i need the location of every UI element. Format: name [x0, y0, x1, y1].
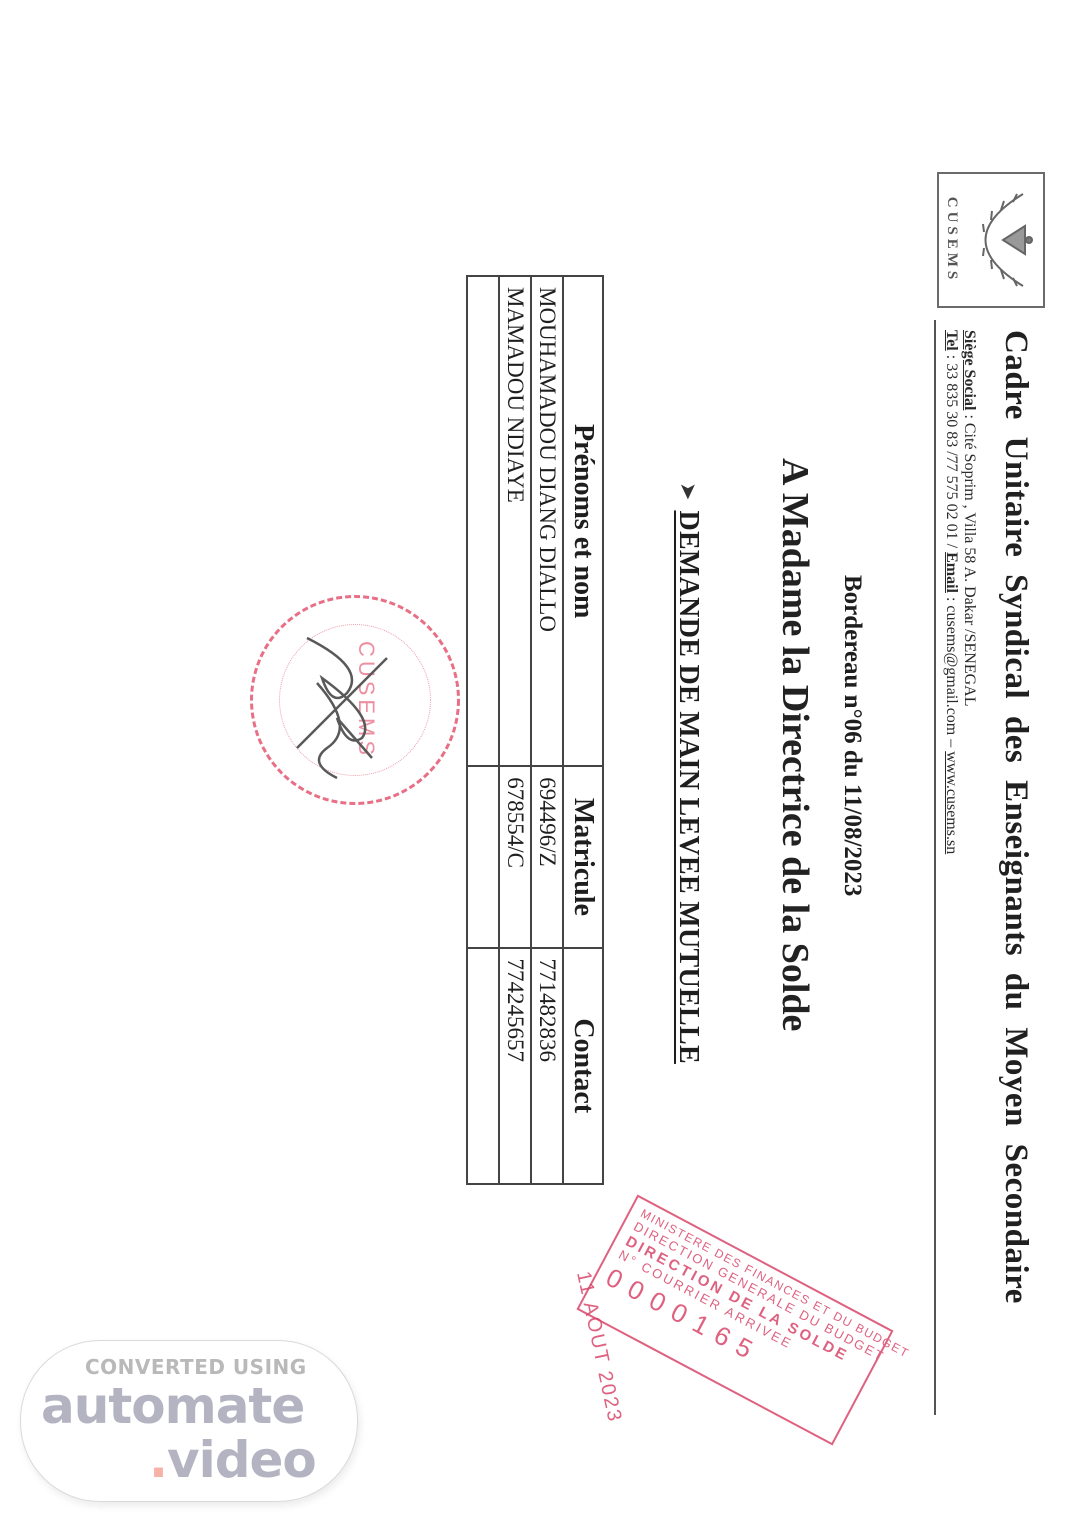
header-contact: Contact	[563, 948, 603, 1184]
arrowhead-bullet-icon: ➤	[675, 482, 701, 500]
converter-watermark: CONVERTED USING automate .video	[20, 1340, 358, 1502]
website-link[interactable]: www.cusems.sn	[943, 751, 960, 854]
cusems-logo: CUSEMS	[937, 172, 1045, 308]
table-row: MOUHAMADOU DIANG DIALLO 694496/Z 7714828…	[531, 276, 563, 1184]
address-label: Siège Social	[961, 330, 978, 410]
tel-label: Tel	[943, 330, 960, 351]
watermark-dot: .	[149, 1431, 167, 1489]
members-table: Prénoms et nom Matricule Contact MOUHAMA…	[466, 275, 604, 1185]
cell-name: MAMADOU NDIAYE	[499, 276, 531, 766]
header-matricule: Matricule	[563, 766, 603, 947]
watermark-video: video	[167, 1431, 316, 1489]
cell-contact: 771482836	[531, 948, 563, 1184]
header-divider	[934, 320, 936, 1415]
cell-matricule: 694496/Z	[531, 766, 563, 947]
union-seal-stamp: CUSEMS	[250, 595, 460, 805]
address-value: : Cité Soprim , Villa 58 A. Dakar /SENEG…	[961, 410, 978, 706]
contact-address-line: Siège Social : Cité Soprim , Villa 58 A.…	[942, 330, 978, 854]
tel-value: : 33 835 30 83 /77 575 02 01 /	[943, 351, 960, 552]
cell-contact: 774245657	[499, 948, 531, 1184]
table-row-empty	[467, 276, 499, 1184]
cell-matricule	[467, 766, 499, 947]
header-name: Prénoms et nom	[563, 276, 603, 766]
cell-name	[467, 276, 499, 766]
watermark-suffix: .video	[149, 1431, 316, 1489]
bordereau-reference: Bordereau n°06 du 11/08/2023	[838, 575, 866, 896]
email-label: Email	[943, 552, 960, 593]
reception-stamp: MINISTERE DES FINANCES ET DU BUDGET DIRE…	[576, 1195, 893, 1446]
subject-text: DEMANDE DE MAIN LEVEE MUTUELLE	[672, 510, 704, 1064]
watermark-brand: automate	[41, 1377, 304, 1435]
signature-icon	[247, 598, 457, 808]
cell-name: MOUHAMADOU DIANG DIALLO	[531, 276, 563, 766]
watermark-caption: CONVERTED USING	[85, 1355, 307, 1379]
organization-name: Cadre Unitaire Syndical des Enseignants …	[997, 330, 1034, 1304]
cell-contact	[467, 948, 499, 1184]
email-value: : cusems@gmail.com –	[943, 593, 960, 751]
document-page: CUSEMS Cadre Unitaire Syndical des Ensei…	[0, 0, 1080, 1526]
table-row: MAMADOU NDIAYE 678554/C 774245657	[499, 276, 531, 1184]
logo-text: CUSEMS	[943, 174, 960, 306]
subject-line: ➤DEMANDE DE MAIN LEVEE MUTUELLE	[672, 482, 704, 1064]
recipient-heading: A Madame la Directrice de la Solde	[773, 458, 817, 1031]
table-header-row: Prénoms et nom Matricule Contact	[563, 276, 603, 1184]
cell-matricule: 678554/C	[499, 766, 531, 947]
